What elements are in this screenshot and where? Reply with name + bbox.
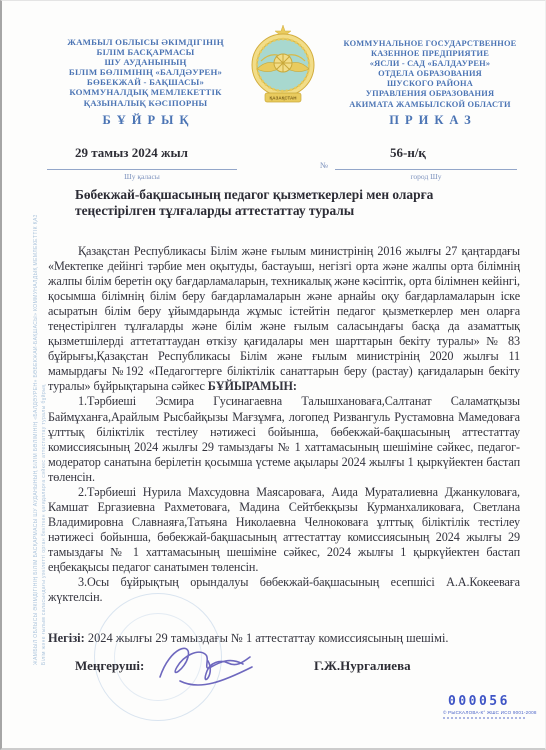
signer-role-label: Меңгеруші:	[75, 658, 144, 674]
order-body: Қазақстан Республикасы Білім және ғылым …	[48, 244, 520, 628]
org-name-kk-line: ҚАЗЫНАЛЫҚ КӘСІПОРНЫ	[38, 98, 253, 108]
number-sign: №	[320, 160, 328, 170]
kazakhstan-emblem-icon: ҚАЗАҚСТАН	[249, 23, 317, 113]
date-underline	[47, 169, 237, 170]
org-name-ru-line: ШУСКОГО РАЙОНА	[330, 79, 530, 89]
order-number: 56-н/қ	[390, 145, 426, 161]
left-margin-watermark: ЖАМБЫЛ ОБЛЫСЫ ӘКІМДІГІНІҢ БІЛІМ БАСҚАРМА…	[33, 215, 47, 665]
basis-label: Негізі:	[48, 631, 85, 645]
document-page: ЖАМБЫЛ ОБЛЫСЫ ӘКІМДІГІНІҢ БІЛІМ БАСҚАРМА…	[0, 0, 546, 750]
order-item-2: 2.Тәрбиеші Нурила Махсудовна Маясароваға…	[48, 485, 520, 575]
city-caption-ru: город Шу	[335, 172, 517, 181]
org-name-ru-line: УПРАВЛЕНИЯ ОБРАЗОВАНИЯ	[330, 89, 530, 99]
doc-type-kk: БҰЙРЫҚ	[38, 113, 253, 128]
org-name-ru: КОММУНАЛЬНОЕ ГОСУДАРСТВЕННОЕ КАЗЕННОЕ ПР…	[330, 39, 530, 110]
signer-name: Г.Ж.Нургалиева	[314, 658, 411, 674]
org-name-kk-line: БӨБЕКЖАЙ - БАҚШАСЫ»	[38, 77, 253, 87]
org-name-kk-line: ЖАМБЫЛ ОБЛЫСЫ ӘКІМДІГІНІҢ	[38, 37, 253, 47]
org-name-ru-line: КАЗЕННОЕ ПРЕДПРИЯТИЕ	[330, 49, 530, 59]
order-title: Бөбекжай-бақшасының педагог қызметкерлер…	[75, 187, 453, 219]
handwritten-signature	[150, 637, 260, 695]
org-name-kk-line: БІЛІМ БАСҚАРМАСЫ	[38, 47, 253, 57]
order-date: 29 тамыз 2024 жыл	[75, 145, 188, 161]
org-name-ru-line: КОММУНАЛЬНОЕ ГОСУДАРСТВЕННОЕ	[330, 39, 530, 49]
serial-number-stamp: 000056	[448, 694, 510, 709]
org-name-ru-line: АКИМАТА ЖАМБЫЛСКОЙ ОБЛАСТИ	[330, 100, 530, 110]
org-name-kk: ЖАМБЫЛ ОБЛЫСЫ ӘКІМДІГІНІҢ БІЛІМ БАСҚАРМА…	[38, 37, 253, 108]
legal-basis-text: Қазақстан Республикасы Білім және ғылым …	[48, 244, 520, 393]
watermark-line: Білім және ғылым саласындағы уәкілетті о…	[41, 215, 47, 665]
order-item-1: 1.Тәрбиеші Эсмира Гусинагаевна Талышхано…	[48, 394, 520, 484]
order-verb: БҰЙЫРАМЫН:	[208, 379, 297, 393]
org-name-kk-line: КОММУНАЛДЫҚ МЕМЛЕКЕТТІК	[38, 87, 253, 97]
stamp-vendor-line: © РЫСКАЛОВА-К° ЖШС ИСО 9001-2008	[443, 710, 537, 715]
watermark-line: ЖАМБЫЛ ОБЛЫСЫ ӘКІМДІГІНІҢ БІЛІМ БАСҚАРМА…	[33, 215, 39, 665]
city-caption-kk: Шу қаласы	[47, 172, 237, 181]
org-name-kk-line: ШУ АУДАНЫНЫҢ	[38, 57, 253, 67]
org-name-kk-line: БІЛІМ БӨЛІМІНІҢ «БАЛДӘУРЕН»	[38, 67, 253, 77]
emblem-banner-label: ҚАЗАҚСТАН	[270, 96, 297, 101]
org-name-ru-line: «ЯСЛИ - САД «БАЛДАУРЕН»	[330, 59, 530, 69]
paragraph-legal-basis: Қазақстан Республикасы Білім және ғылым …	[48, 244, 520, 394]
number-underline	[335, 169, 517, 170]
doc-type-ru: ПРИКАЗ	[330, 113, 530, 128]
stamp-vendor-microtext	[443, 717, 527, 719]
org-name-ru-line: ОТДЕЛА ОБРАЗОВАНИЯ	[330, 69, 530, 79]
order-item-3: 3.Осы бұйрықтың орындалуы бөбекжай-бақша…	[48, 575, 520, 605]
